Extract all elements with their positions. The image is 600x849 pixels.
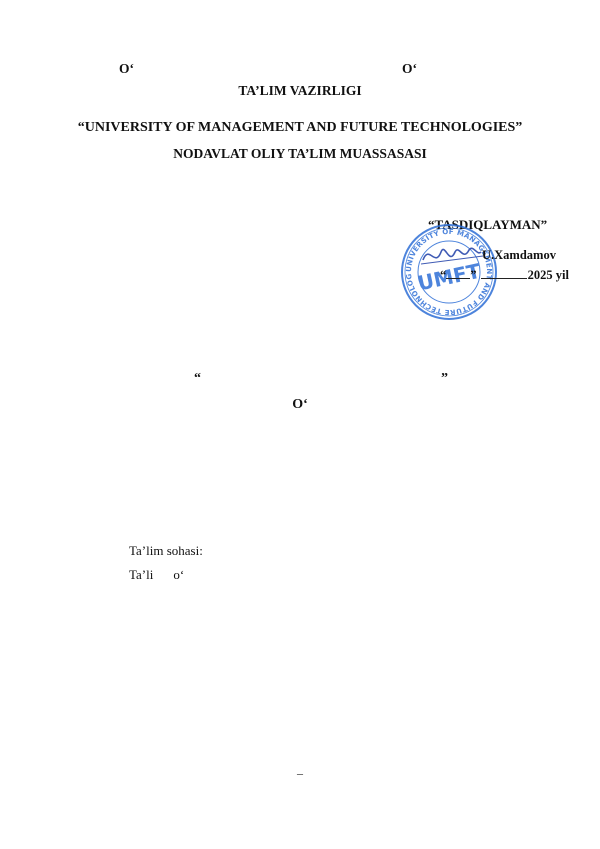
date-month-blank <box>481 278 527 279</box>
field-education-direction: Ta’lio‘ <box>129 567 184 583</box>
title-subtitle-fragment: O‘ <box>0 397 600 413</box>
date-year: 2025 yil <box>528 268 569 282</box>
approval-date: “” 2025 yil <box>440 268 569 283</box>
field-education-area: Ta’lim sohasi: <box>129 543 203 559</box>
university-name: “UNIVERSITY OF MANAGEMENT AND FUTURE TEC… <box>0 120 600 136</box>
footer-dash: – <box>0 766 600 781</box>
date-day-blank <box>446 278 470 279</box>
field-2-part1: Ta’li <box>129 567 153 582</box>
title-quote-close: ” <box>441 371 448 387</box>
date-quote-close: ” <box>470 268 476 282</box>
ministry-right-fragment: O‘ <box>402 61 417 77</box>
title-quote-open: “ <box>194 371 201 387</box>
institution-type: NODAVLAT OLIY TA’LIM MUASSASASI <box>0 146 600 162</box>
ministry-title: TA’LIM VAZIRLIGI <box>0 83 600 99</box>
ministry-left-fragment: O‘ <box>119 61 134 77</box>
approver-name: U.Xamdamov <box>482 248 556 263</box>
date-quote-open: “ <box>440 268 446 282</box>
field-2-part2: o‘ <box>173 567 184 582</box>
